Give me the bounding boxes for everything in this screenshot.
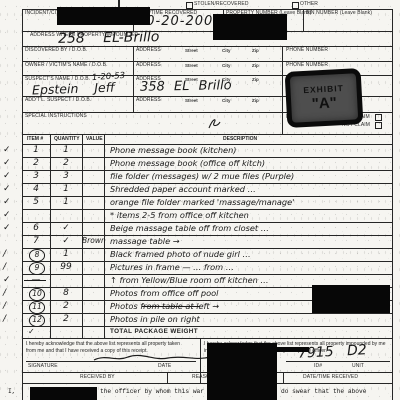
- item-number: 1: [22, 145, 50, 155]
- line: [167, 372, 168, 383]
- item-quantity: 1: [50, 184, 82, 194]
- item-quantity: 1: [50, 197, 82, 207]
- item-number-circled: 11: [29, 301, 45, 314]
- street-label: Street: [185, 98, 198, 103]
- ink-scribble: [205, 116, 223, 130]
- table-row: ✓ * items 2-5 from office off kitchen: [22, 209, 392, 222]
- margin-slash-mark: /: [3, 249, 6, 259]
- address-impounded-value: 258 EL-Brillo: [58, 29, 160, 47]
- item-description: file folder (messages) w/ 2 mue files (P…: [110, 171, 294, 181]
- item-description: Beige massage table off from closet …: [110, 223, 269, 233]
- received-by-label: RECEIVED BY: [80, 374, 115, 380]
- affidavit-suffix: do swear that the above: [281, 388, 366, 395]
- id-number-label: ID#: [314, 363, 322, 369]
- item-description: orange file folder marked 'massage/manag…: [110, 197, 294, 207]
- phone-number-label: PHONE NUMBER: [286, 62, 328, 68]
- other-label: OTHER: [300, 1, 318, 7]
- table-row: ✓ 1 1 Phone message book (kitchen): [22, 144, 392, 157]
- item-number: 6: [22, 223, 50, 233]
- item-quantity: 8: [50, 288, 82, 298]
- owner-victim-label: OWNER / VICTIM'S NAME / D.O.B.: [25, 62, 108, 68]
- other-checkbox: [292, 2, 299, 9]
- item-number: 5: [22, 197, 50, 207]
- line: [133, 46, 134, 112]
- line: [283, 372, 284, 383]
- stolen-recovered-checkbox: [186, 2, 193, 9]
- address-label: ADDRESS: [136, 97, 161, 103]
- exhibit-stamp-word: EXHIBIT: [303, 83, 344, 95]
- table-row: ✓ 2 2 Phone message book (office off kit…: [22, 157, 392, 170]
- col-header-value: VALUE: [86, 136, 103, 142]
- city-label: City: [222, 63, 231, 68]
- table-row: ✓ 5 1 orange file folder marked 'massage…: [22, 196, 392, 209]
- margin-checkmark: ✓: [3, 158, 11, 168]
- bin-number-label: BIN NUMBER (Leave Blank): [306, 10, 372, 16]
- line: [286, 361, 390, 362]
- col-header-description: DESCRIPTION: [223, 136, 257, 142]
- item-description: Phone message book (office off kitch): [110, 158, 265, 168]
- item-description: Black framed photo of nude girl …: [110, 249, 251, 259]
- col-header-quantity: QUANTITY: [54, 136, 80, 142]
- margin-checkmark: ✓: [3, 171, 11, 181]
- item-quantity: ✓: [50, 223, 82, 233]
- margin-checkmark: ✓: [3, 275, 11, 285]
- item-number: 4: [22, 184, 50, 194]
- table-row: / 12 2 Photos in pile on right: [22, 313, 392, 326]
- discovered-by-label: DISCOVERED BY / D.O.B.: [25, 47, 87, 53]
- signature-scribble: [92, 352, 222, 364]
- suspect-address-value: 358 EL Brillo: [140, 78, 232, 95]
- item-description: Pictures in frame — … from …: [110, 262, 234, 272]
- item-description: Shredded paper account marked …: [110, 184, 256, 194]
- item-number-circled: 8: [29, 249, 45, 262]
- unit-label: UNIT: [352, 363, 364, 369]
- margin-checkmark: ✓: [3, 223, 11, 233]
- city-label: City: [222, 48, 231, 53]
- item-quantity: 1: [50, 249, 82, 259]
- address-label: ADDRESS: [136, 47, 161, 53]
- item-description: Photos in pile on right: [110, 314, 200, 324]
- address-label: ADDRESS: [136, 62, 161, 68]
- exhibit-a-stamp: EXHIBIT "A": [285, 68, 364, 128]
- redaction-box-signature: [207, 343, 277, 400]
- item-description: ↑ from Yellow/Blue room off kitchen …: [110, 275, 269, 285]
- claim-checkbox: [375, 114, 382, 121]
- line: [22, 338, 393, 339]
- table-row: / 9 99 Pictures in frame — … from …: [22, 261, 392, 274]
- margin-checkmark: ✓: [3, 145, 11, 155]
- margin-checkmark: ✓: [3, 197, 11, 207]
- item-value: Brown: [82, 236, 108, 245]
- redaction-box-incident-number: [57, 7, 150, 25]
- datetime-received-label: DATE/TIME RECEIVED: [303, 374, 358, 380]
- total-package-weight-label: TOTAL PACKAGE WEIGHT: [110, 328, 198, 335]
- date-label: DATE: [158, 363, 171, 369]
- strikethrough-mark: [142, 306, 200, 307]
- stolen-recovered-label: STOLEN/RECOVERED: [194, 1, 249, 7]
- table-row: 7 ✓ Brown massage table →: [22, 235, 392, 248]
- item-quantity: ✓: [50, 236, 82, 246]
- street-label: Street: [185, 48, 198, 53]
- strikethrough-mark: [24, 280, 46, 281]
- table-row: / 8 1 Black framed photo of nude girl …: [22, 248, 392, 261]
- item-quantity: 2: [50, 301, 82, 311]
- item-quantity: 2: [50, 158, 82, 168]
- line: [26, 361, 196, 362]
- not-claim-checkbox: [375, 122, 382, 129]
- suspect-name-value: Epstein Jeff: [32, 80, 115, 98]
- margin-slash-mark: /: [3, 262, 6, 272]
- item-quantity: 1: [50, 145, 82, 155]
- zip-label: Zip: [252, 63, 259, 68]
- margin-slash-mark: /: [3, 288, 6, 298]
- item-number: 7: [22, 236, 50, 246]
- property-receipt-form: STOLEN/RECOVERED OTHER INCIDENT/CITATION…: [0, 0, 400, 400]
- affidavit-prefix: I,: [8, 388, 15, 395]
- redaction-box-item-text: [312, 285, 390, 313]
- line: [22, 134, 393, 135]
- margin-slash-mark: /: [3, 301, 6, 311]
- item-description: Photos from office off pool: [110, 288, 218, 298]
- item-number-circled: 9: [29, 262, 45, 275]
- margin-slash-mark: /: [3, 314, 6, 324]
- item-quantity: 2: [50, 314, 82, 324]
- zip-label: Zip: [252, 77, 259, 82]
- item-description: Phone message book (kitchen): [110, 145, 236, 155]
- ink-mark: ✓: [28, 327, 35, 336]
- table-row: ✓ 4 1 Shredded paper account marked …: [22, 183, 392, 196]
- item-description: * items 2-5 from office off kitchen: [110, 210, 249, 220]
- addtl-suspect-label: ADD'T'L. SUSPECT / D.O.B.: [25, 97, 91, 103]
- officer-id-unit-value: 7915 D2: [298, 342, 368, 362]
- signature-label: SIGNATURE: [28, 363, 58, 369]
- table-row: ✓ 3 3 file folder (messages) w/ 2 mue fi…: [22, 170, 392, 183]
- line: [22, 326, 393, 327]
- line: [392, 9, 393, 400]
- item-number: 2: [22, 158, 50, 168]
- margin-checkmark: ✓: [3, 184, 11, 194]
- item-quantity: 99: [50, 262, 82, 272]
- item-description: massage table →: [110, 236, 180, 246]
- item-quantity: 3: [50, 171, 82, 181]
- exhibit-stamp-letter: "A": [311, 94, 337, 112]
- zip-label: Zip: [252, 98, 259, 103]
- special-instructions-label: SPECIAL INSTRUCTIONS: [25, 113, 87, 119]
- item-number-circled: 12: [29, 314, 45, 327]
- affidavit-middle: the officer by whom this war: [100, 388, 204, 395]
- phone-number-label: PHONE NUMBER: [286, 47, 328, 53]
- zip-label: Zip: [252, 48, 259, 53]
- table-row: ✓ 6 ✓ Beige massage table off from close…: [22, 222, 392, 235]
- item-number-circled: 10: [29, 288, 45, 301]
- redaction-box-property-number: [213, 14, 287, 40]
- redaction-box-officer-name: [30, 387, 97, 400]
- officer-unit-value: D2: [347, 342, 367, 359]
- city-label: City: [222, 98, 231, 103]
- item-number: 3: [22, 171, 50, 181]
- margin-checkmark: ✓: [3, 210, 11, 220]
- line: [282, 46, 283, 134]
- street-label: Street: [185, 63, 198, 68]
- col-header-item: ITEM #: [27, 136, 43, 142]
